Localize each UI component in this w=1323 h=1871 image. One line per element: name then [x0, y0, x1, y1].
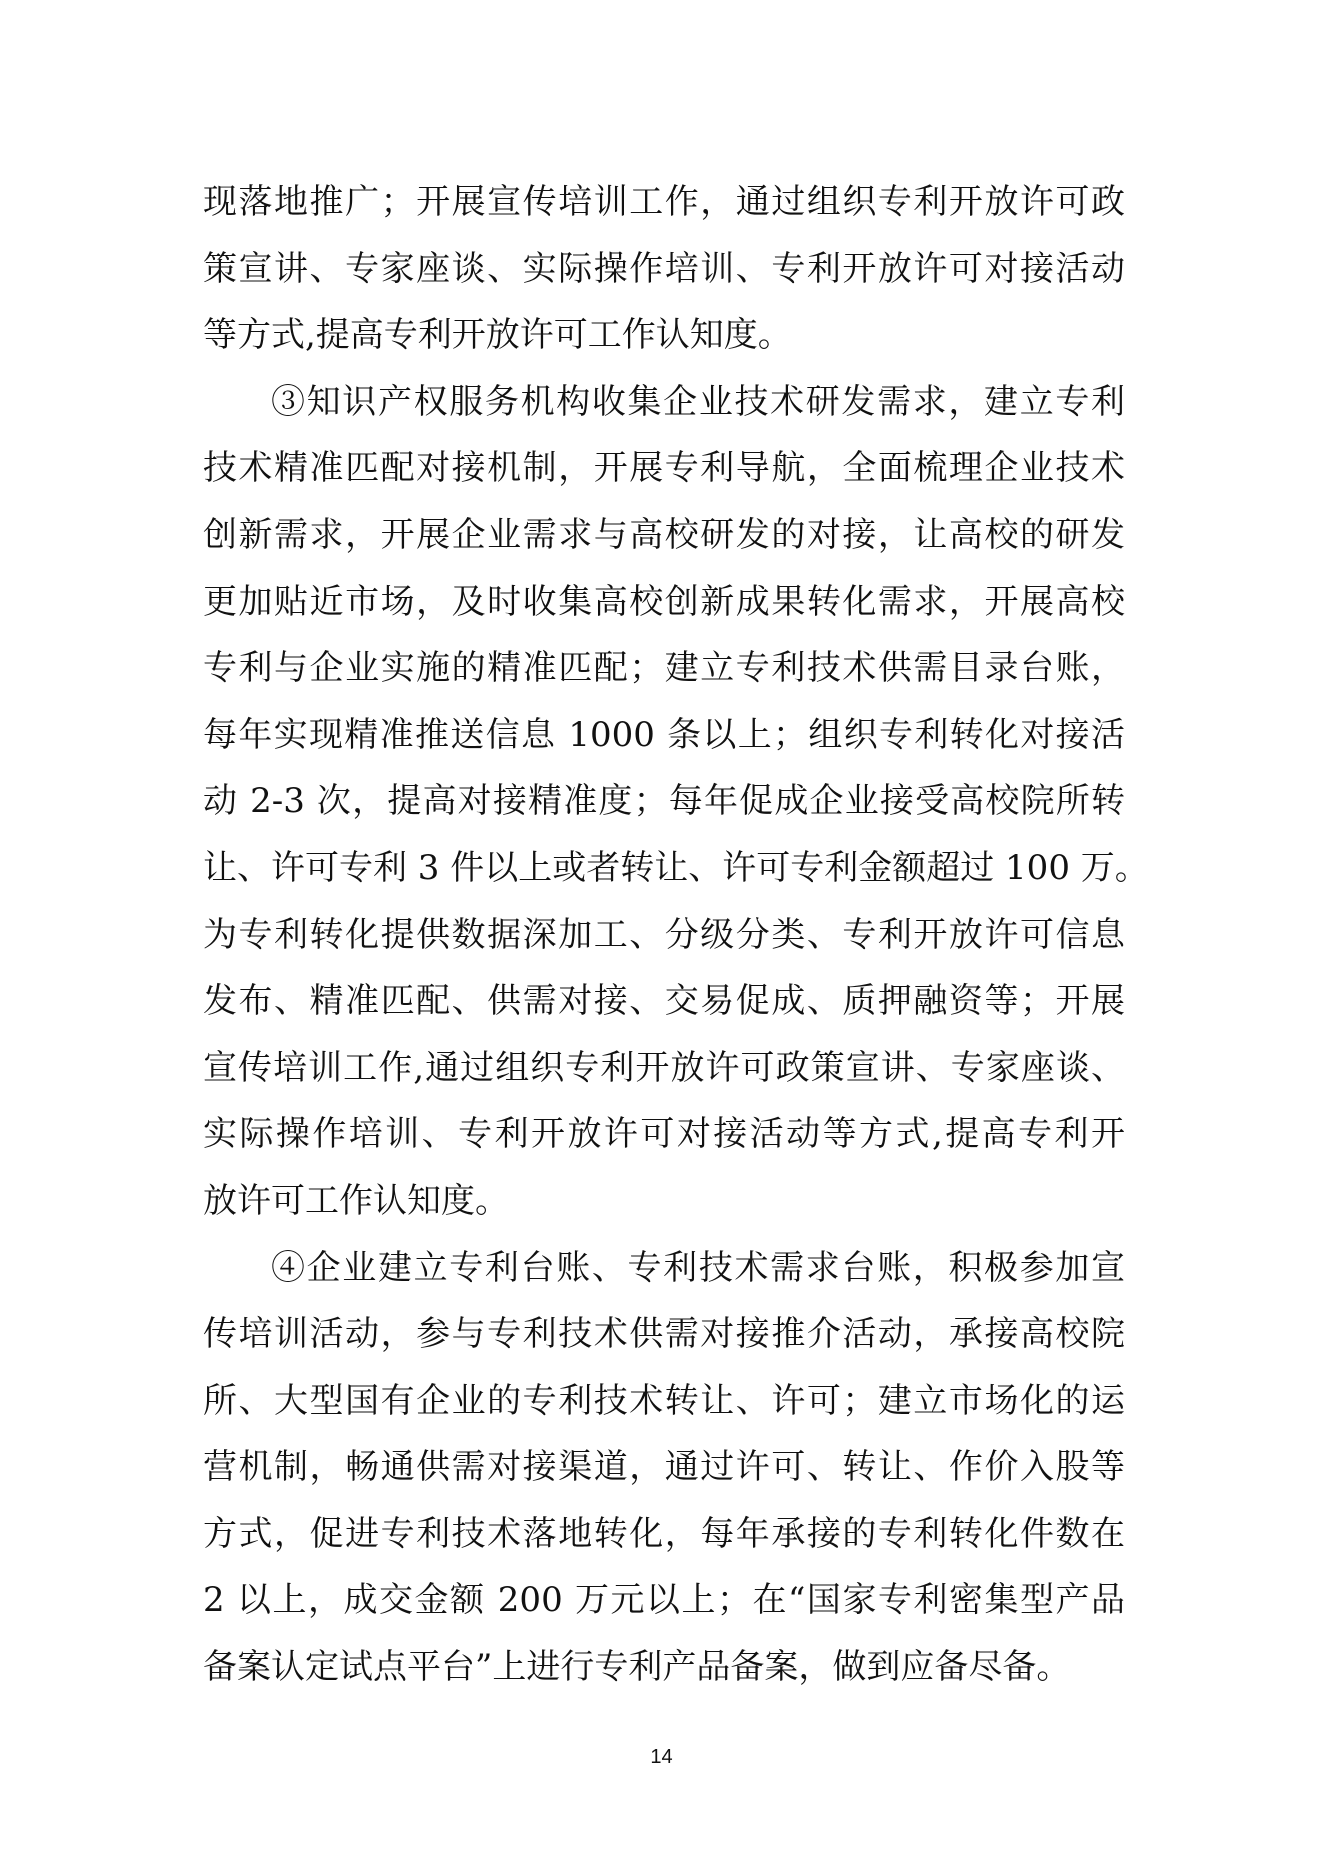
paragraph-continuation: 现落地推广；开展宣传培训工作，通过组织专利开放许可政 策宣讲、专家座谈、实际操作…	[203, 176, 1125, 376]
text-line: 备案认定试点平台”上进行专利产品备案，做到应备尽备。	[203, 1641, 1125, 1708]
text-line: 传培训活动，参与专利技术供需对接推介活动，承接高校院	[203, 1308, 1125, 1375]
text-line: 实际操作培训、专利开放许可对接活动等方式,提高专利开	[203, 1108, 1125, 1175]
text-line: 创新需求，开展企业需求与高校研发的对接，让高校的研发	[203, 509, 1125, 576]
page-number: 14	[0, 1746, 1323, 1769]
text-line: 所、大型国有企业的专利技术转让、许可；建立市场化的运	[203, 1375, 1125, 1442]
text-line: 为专利转化提供数据深加工、分级分类、专利开放许可信息	[203, 909, 1125, 976]
paragraph-item-4: ④企业建立专利台账、专利技术需求台账，积极参加宣 传培训活动，参与专利技术供需对…	[203, 1242, 1125, 1708]
text-line: 等方式,提高专利开放许可工作认知度。	[203, 309, 1125, 376]
text-line: 专利与企业实施的精准匹配；建立专利技术供需目录台账，	[203, 642, 1125, 709]
text-line: 方式，促进专利技术落地转化，每年承接的专利转化件数在	[203, 1508, 1125, 1575]
text-line: 让、许可专利 3 件以上或者转让、许可专利金额超过 100 万。	[203, 842, 1125, 909]
document-page: 现落地推广；开展宣传培训工作，通过组织专利开放许可政 策宣讲、专家座谈、实际操作…	[0, 0, 1323, 1871]
text-line: 策宣讲、专家座谈、实际操作培训、专利开放许可对接活动	[203, 243, 1125, 310]
text-line: 发布、精准匹配、供需对接、交易促成、质押融资等；开展	[203, 975, 1125, 1042]
text-line: 宣传培训工作,通过组织专利开放许可政策宣讲、专家座谈、	[203, 1042, 1125, 1109]
text-line: 营机制，畅通供需对接渠道，通过许可、转让、作价入股等	[203, 1441, 1125, 1508]
text-line: 现落地推广；开展宣传培训工作，通过组织专利开放许可政	[203, 176, 1125, 243]
text-line: 技术精准匹配对接机制，开展专利导航，全面梳理企业技术	[203, 442, 1125, 509]
text-line: ④企业建立专利台账、专利技术需求台账，积极参加宣	[203, 1242, 1125, 1309]
body-text: 现落地推广；开展宣传培训工作，通过组织专利开放许可政 策宣讲、专家座谈、实际操作…	[203, 176, 1125, 1708]
text-line: 每年实现精准推送信息 1000 条以上；组织专利转化对接活	[203, 709, 1125, 776]
text-line: 动 2-3 次，提高对接精准度；每年促成企业接受高校院所转	[203, 775, 1125, 842]
paragraph-item-3: ③知识产权服务机构收集企业技术研发需求，建立专利 技术精准匹配对接机制，开展专利…	[203, 376, 1125, 1242]
text-line: 2 以上，成交金额 200 万元以上；在“国家专利密集型产品	[203, 1574, 1125, 1641]
text-line: 放许可工作认知度。	[203, 1175, 1125, 1242]
text-line: ③知识产权服务机构收集企业技术研发需求，建立专利	[203, 376, 1125, 443]
text-line: 更加贴近市场，及时收集高校创新成果转化需求，开展高校	[203, 576, 1125, 643]
